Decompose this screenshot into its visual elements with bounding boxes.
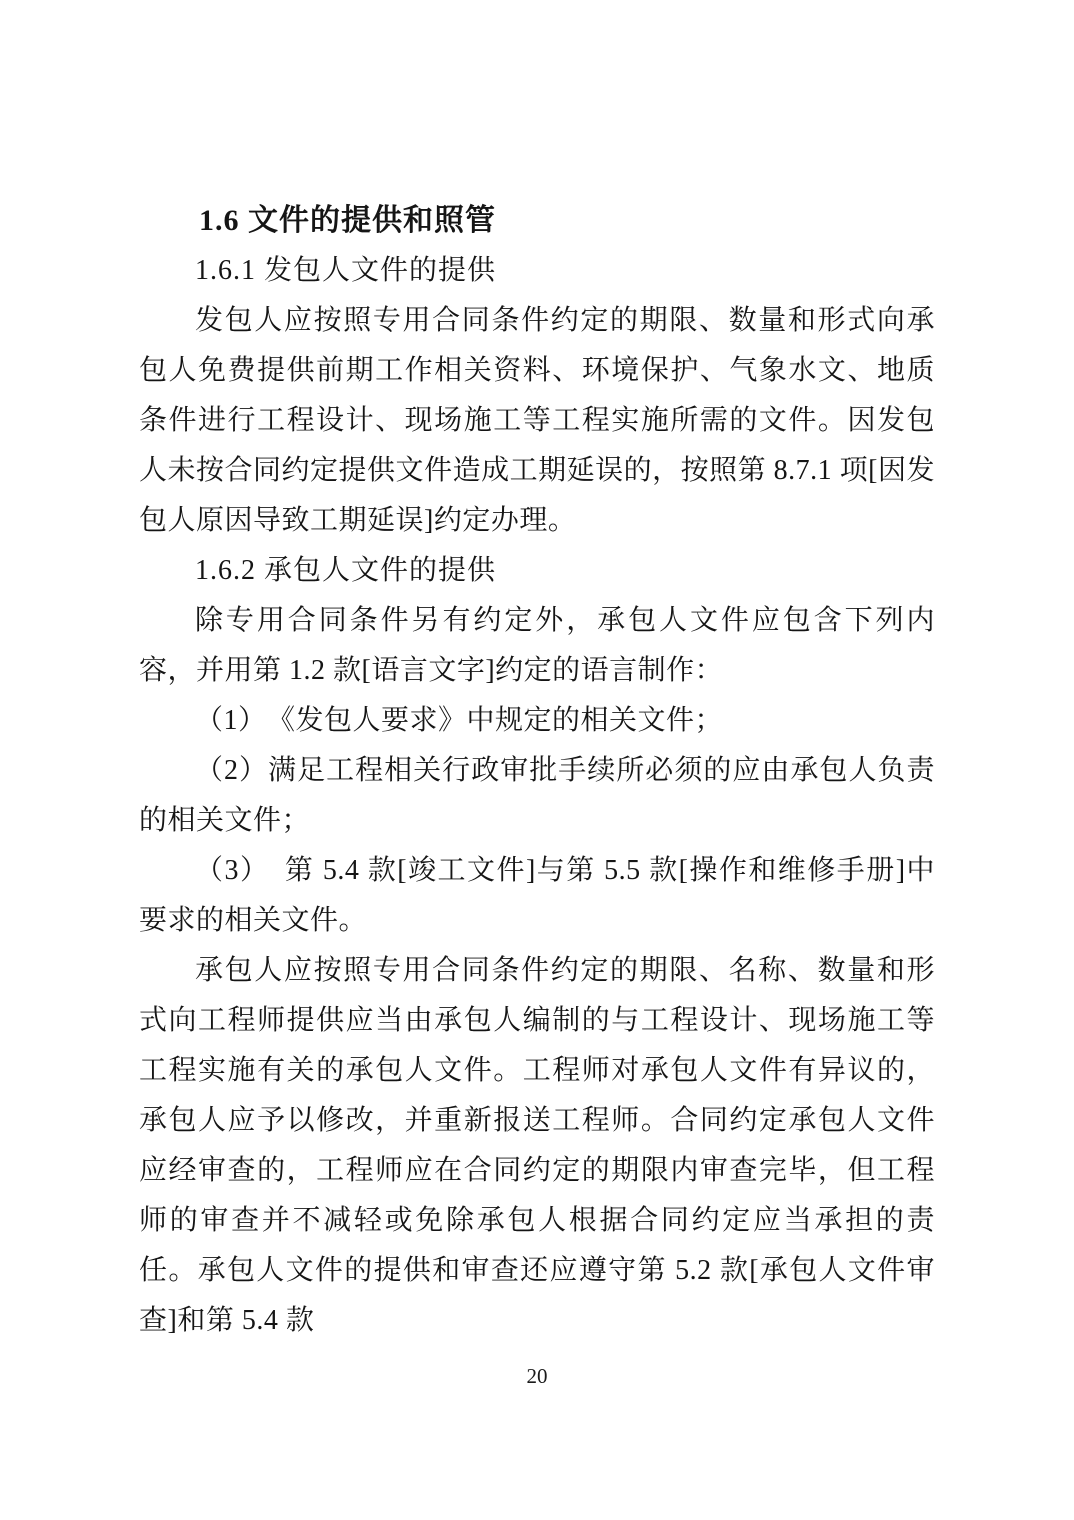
text-block: 1.6 文件的提供和照管 1.6.1 发包人文件的提供 发包人应按照专用合同条件… xyxy=(139,196,935,1346)
paragraph-employer-documents: 发包人应按照专用合同条件约定的期限、数量和形式向承包人免费提供前期工作相关资料、… xyxy=(139,296,935,546)
list-item-1: （1） 《发包人要求》中规定的相关文件； xyxy=(139,696,935,746)
document-page: 1.6 文件的提供和照管 1.6.1 发包人文件的提供 发包人应按照专用合同条件… xyxy=(0,0,1074,1520)
page-number: 20 xyxy=(0,1362,1074,1390)
section-heading: 1.6 文件的提供和照管 xyxy=(139,196,935,246)
paragraph-contractor-obligations: 承包人应按照专用合同条件约定的期限、名称、数量和形式向工程师提供应当由承包人编制… xyxy=(139,946,935,1346)
list-item-2: （2）满足工程相关行政审批手续所必须的应由承包人负责的相关文件； xyxy=(139,746,935,846)
list-item-3: （3） 第 5.4 款[竣工文件]与第 5.5 款[操作和维修手册]中要求的相关… xyxy=(139,846,935,946)
subsection-heading-1-6-1: 1.6.1 发包人文件的提供 xyxy=(139,246,935,296)
subsection-heading-1-6-2: 1.6.2 承包人文件的提供 xyxy=(139,546,935,596)
paragraph-contractor-documents-intro: 除专用合同条件另有约定外，承包人文件应包含下列内容，并用第 1.2 款[语言文字… xyxy=(139,596,935,696)
